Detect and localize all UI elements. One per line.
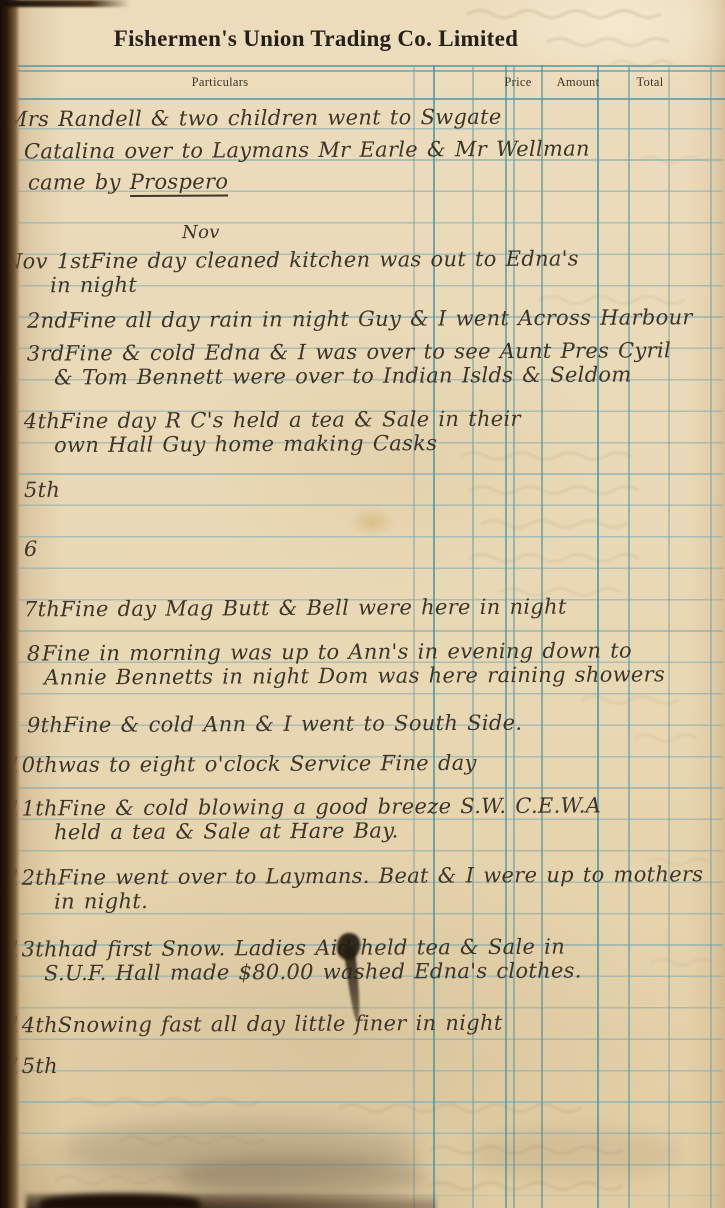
header-top-rule <box>18 65 725 67</box>
entry-text: Fine day Mag Butt & Bell were here in ni… <box>60 595 567 622</box>
entry-text-continued: S.U.F. Hall made $80.00 washed Edna's cl… <box>44 958 582 985</box>
entry-text: Fine & cold blowing a good breeze S.W. C… <box>58 793 601 820</box>
entry-text-continued: in night <box>50 270 579 297</box>
entry-text-continued: own Hall Guy home making Casks <box>54 431 521 457</box>
column-header-particulars: Particulars <box>120 75 320 90</box>
diary-entry-nov-7: . 7thFine day Mag Butt & Bell were here … <box>8 595 567 622</box>
diary-entry-nov-1: Nov 1stFine day cleaned kitchen was out … <box>4 246 579 297</box>
entry-text-continued: in night. <box>54 886 704 913</box>
diary-entry-nov-11: 11thFine & cold blowing a good breeze S.… <box>8 793 601 844</box>
diary-entry-nov-12: 12thFine went over to Laymans. Beat & I … <box>8 862 704 914</box>
entry-text-continued: Annie Bennetts in night Dom was here rai… <box>44 662 665 689</box>
steamer-name-underlined: Prospero <box>130 169 229 197</box>
entry-text: was to eight o'clock Service Fine day <box>58 751 477 777</box>
vertical-rule <box>668 65 670 1208</box>
diary-entry-nov-8: " 8Fine in morning was up to Ann's in ev… <box>8 638 665 689</box>
vertical-rule <box>505 65 507 1208</box>
vertical-rule <box>710 65 712 1208</box>
vertical-rule <box>433 65 435 1208</box>
entry-text-continued: & Tom Bennett were over to Indian Islds … <box>54 362 671 389</box>
intro-line-3: came by Prospero <box>28 169 228 194</box>
vertical-rule <box>472 65 474 1208</box>
diary-entry-nov-4: . 4thFine day R C's held a tea & Sale in… <box>8 407 521 458</box>
entry-text: Fine & cold Ann & I went to South Side. <box>63 711 522 737</box>
entry-text: Fine day cleaned kitchen was out to Edna… <box>90 246 579 273</box>
page-top-edge-shadow <box>0 0 130 7</box>
book-binding-edge <box>0 0 20 1208</box>
vertical-rule <box>541 65 543 1208</box>
intro-line-1: Mrs Randell & two children went to Swgat… <box>6 105 502 132</box>
vertical-rule <box>597 65 599 1208</box>
column-header-total: Total <box>618 75 682 90</box>
entry-text: Fine all day rain in night Guy & I went … <box>68 305 693 332</box>
header-top-rule-2 <box>18 70 725 72</box>
column-header-amount: Amount <box>543 75 613 90</box>
entry-text-continued: held a tea & Sale at Hare Bay. <box>54 817 601 844</box>
header-bottom-rule <box>18 98 725 100</box>
ledger-page: Fishermen's Union Trading Co. Limited Pa… <box>0 0 725 1208</box>
diary-entry-nov-2: " 2ndFine all day rain in night Guy & I … <box>8 305 693 333</box>
diary-entry-nov-3: " 3rdFine & cold Edna & I was over to se… <box>8 338 671 389</box>
entry-text: Fine & cold Edna & I was over to see Aun… <box>65 338 672 365</box>
intro-line-2: Catalina over to Laymans Mr Earle & Mr W… <box>24 137 590 164</box>
diary-entry-nov-14: 14thSnowing fast all day little finer in… <box>8 1011 503 1038</box>
smudge-stain <box>175 1155 425 1197</box>
column-header-price: Price <box>488 75 548 90</box>
vertical-rule <box>513 65 515 1208</box>
intro-line-3-text: came by <box>28 170 130 195</box>
entry-text: Snowing fast all day little finer in nig… <box>58 1011 503 1037</box>
entry-text: had first Snow. Ladies Aid held tea & Sa… <box>58 935 565 962</box>
vertical-rule <box>628 65 630 1208</box>
smudge-stain <box>470 1128 680 1180</box>
diary-entry-nov-13: 13thhad first Snow. Ladies Aid held tea … <box>8 934 582 985</box>
diary-entry-nov-10: 10thwas to eight o'clock Service Fine da… <box>8 751 477 777</box>
page-title: Fishermen's Union Trading Co. Limited <box>0 26 632 52</box>
bottom-edge-burn-mark <box>40 1194 200 1208</box>
month-label: Nov <box>182 222 220 243</box>
entry-text: Fine went over to Laymans. Beat & I were… <box>58 862 704 889</box>
vertical-rule <box>413 65 415 1208</box>
diary-entry-nov-9: " 9thFine & cold Ann & I went to South S… <box>8 711 522 738</box>
entry-text: Fine in morning was up to Ann's in eveni… <box>42 638 632 665</box>
entry-text: Fine day R C's held a tea & Sale in thei… <box>60 407 521 433</box>
